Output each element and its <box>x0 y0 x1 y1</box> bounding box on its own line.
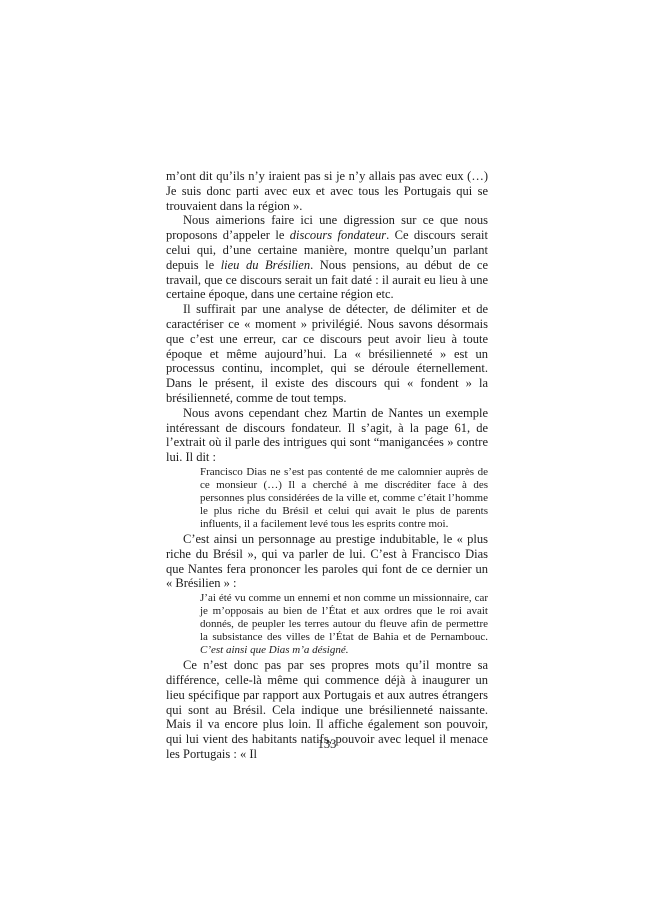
paragraph: m’ont dit qu’ils n’y iraient pas si je n… <box>166 169 488 213</box>
page-number: 133 <box>166 737 488 752</box>
paragraph: Il suffirait par une analyse de détecter… <box>166 302 488 406</box>
block-quote: Francisco Dias ne s’est pas contenté de … <box>200 466 488 531</box>
text-block: m’ont dit qu’ils n’y iraient pas si je n… <box>166 169 488 762</box>
block-quote: J’ai été vu comme un ennemi et non comme… <box>200 592 488 657</box>
paragraph: Nous aimerions faire ici une digression … <box>166 213 488 302</box>
paragraph: C’est ainsi un personnage au prestige in… <box>166 532 488 591</box>
paragraph: Nous avons cependant chez Martin de Nant… <box>166 406 488 465</box>
document-page: m’ont dit qu’ils n’y iraient pas si je n… <box>0 0 650 920</box>
